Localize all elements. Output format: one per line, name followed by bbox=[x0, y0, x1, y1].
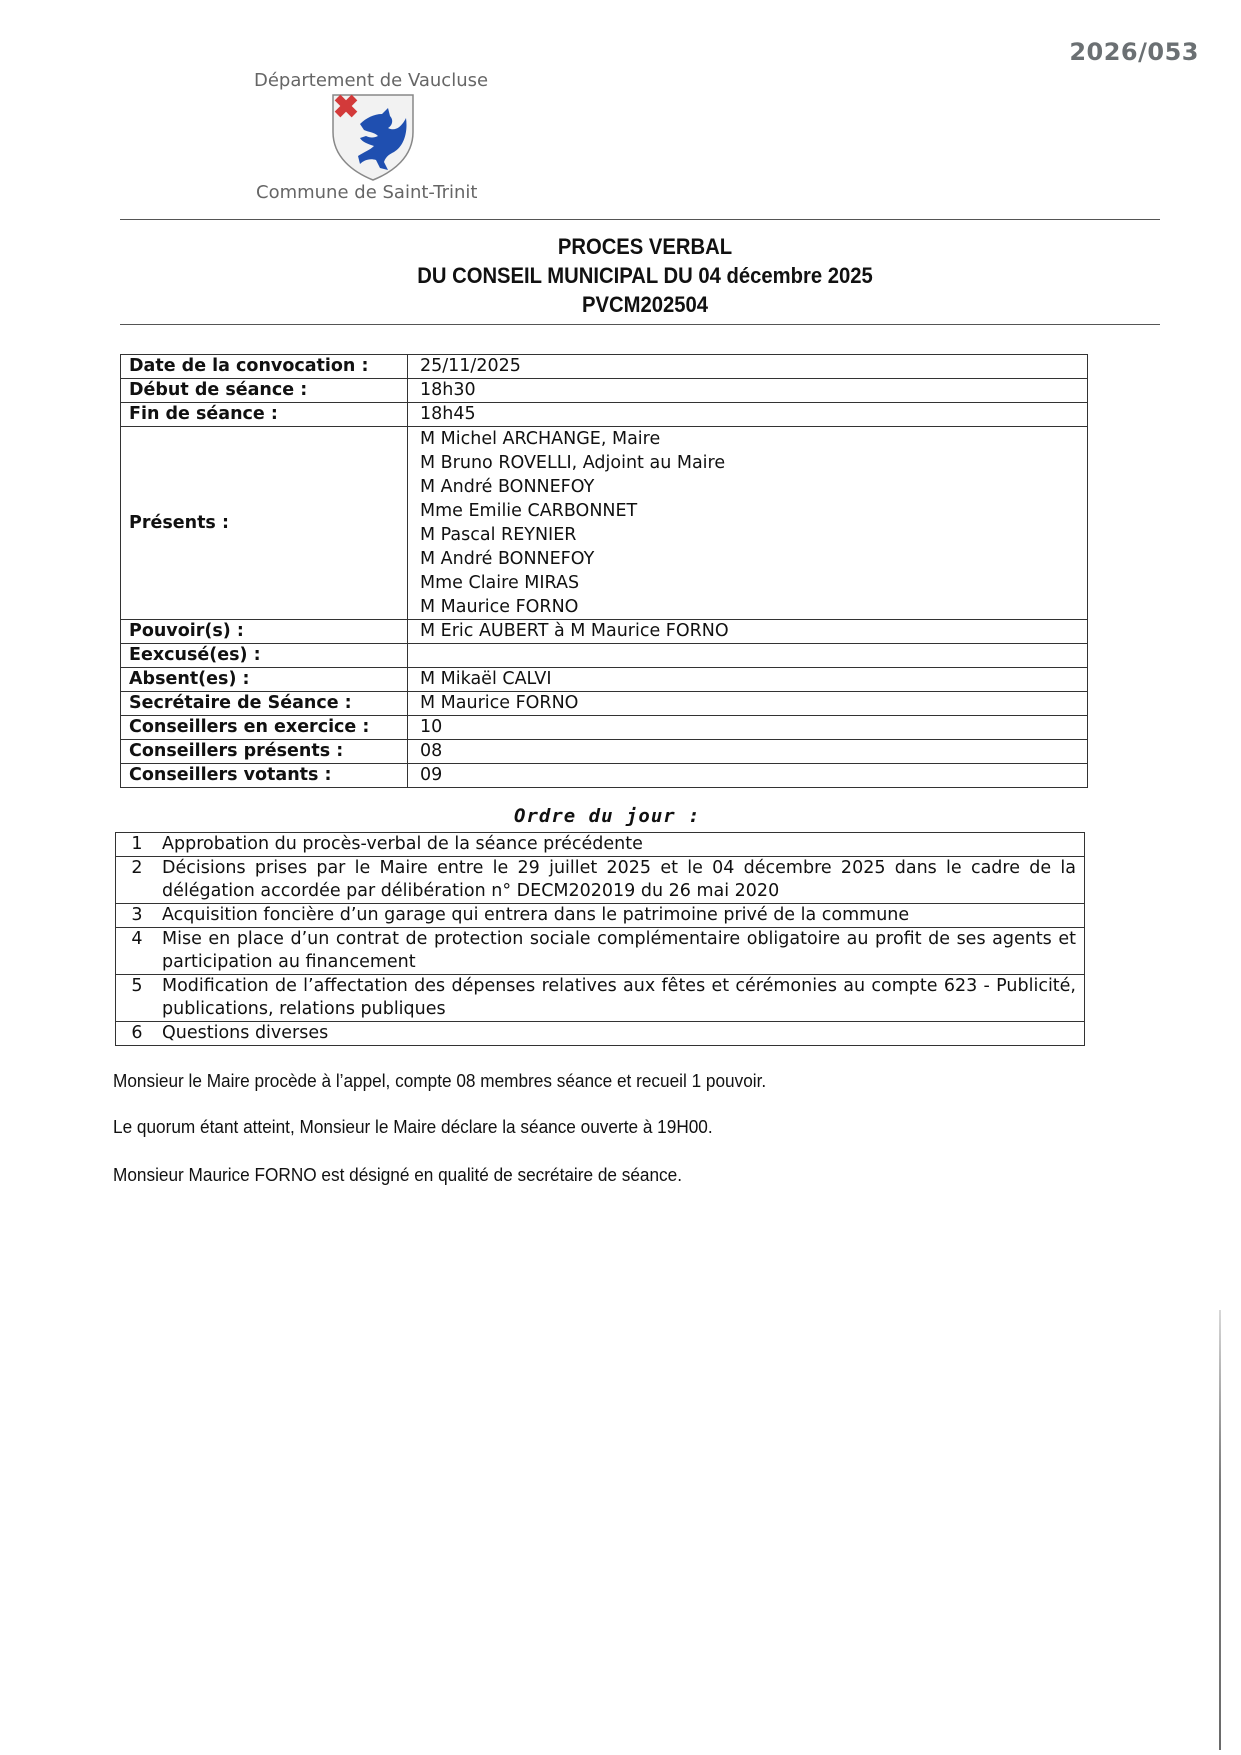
pouvoirs-label: Pouvoir(s) : bbox=[121, 620, 408, 644]
title-line-1: PROCES VERBAL bbox=[52, 232, 1239, 261]
fin-value: 18h45 bbox=[408, 403, 1088, 427]
presents-label: Présents : bbox=[121, 427, 408, 620]
agenda-item-text: Approbation du procès-verbal de la séanc… bbox=[154, 833, 1085, 857]
debut-value: 18h30 bbox=[408, 379, 1088, 403]
header-divider-top bbox=[120, 219, 1160, 220]
secretaire-value: M Maurice FORNO bbox=[408, 692, 1088, 716]
table-row: Conseillers votants : 09 bbox=[121, 764, 1088, 788]
absents-label: Absent(es) : bbox=[121, 668, 408, 692]
agenda-title: Ordre du jour : bbox=[514, 805, 701, 827]
table-row: Présents : M Michel ARCHANGE, Maire M Br… bbox=[121, 427, 1088, 620]
table-row: Conseillers présents : 08 bbox=[121, 740, 1088, 764]
commune-name: Commune de Saint-Trinit bbox=[256, 182, 477, 203]
session-info-table: Date de la convocation : 25/11/2025 Débu… bbox=[120, 354, 1088, 788]
agenda-item-number: 2 bbox=[116, 857, 155, 904]
agenda-item: 6 Questions diverses bbox=[116, 1022, 1085, 1046]
agenda-item-number: 6 bbox=[116, 1022, 155, 1046]
presents-count-value: 08 bbox=[408, 740, 1088, 764]
title-line-2: DU CONSEIL MUNICIPAL DU 04 décembre 2025 bbox=[52, 261, 1239, 290]
coat-of-arms-icon bbox=[330, 92, 416, 182]
present-member: M Michel ARCHANGE, Maire bbox=[420, 427, 1079, 451]
table-row: Eexcusé(es) : bbox=[121, 644, 1088, 668]
agenda-item: 3 Acquisition foncière d’un garage qui e… bbox=[116, 904, 1085, 928]
presents-count-label: Conseillers présents : bbox=[121, 740, 408, 764]
debut-label: Début de séance : bbox=[121, 379, 408, 403]
table-row: Secrétaire de Séance : M Maurice FORNO bbox=[121, 692, 1088, 716]
title-line-3: PVCM202504 bbox=[52, 290, 1239, 319]
fin-label: Fin de séance : bbox=[121, 403, 408, 427]
paragraph-secretary: Monsieur Maurice FORNO est désigné en qu… bbox=[113, 1164, 682, 1186]
table-row: Conseillers en exercice : 10 bbox=[121, 716, 1088, 740]
present-member: M Pascal REYNIER bbox=[420, 523, 1079, 547]
agenda-item-text: Mise en place d’un contrat de protection… bbox=[154, 928, 1085, 975]
table-row: Fin de séance : 18h45 bbox=[121, 403, 1088, 427]
agenda-item-text: Acquisition foncière d’un garage qui ent… bbox=[154, 904, 1085, 928]
agenda-item: 1 Approbation du procès-verbal de la séa… bbox=[116, 833, 1085, 857]
secretaire-label: Secrétaire de Séance : bbox=[121, 692, 408, 716]
present-member: M Maurice FORNO bbox=[420, 595, 1079, 619]
exercice-label: Conseillers en exercice : bbox=[121, 716, 408, 740]
agenda-item: 5 Modification de l’affectation des dépe… bbox=[116, 975, 1085, 1022]
paragraph-roll-call: Monsieur le Maire procède à l’appel, com… bbox=[113, 1070, 766, 1092]
agenda-item-number: 4 bbox=[116, 928, 155, 975]
agenda-item-text: Modification de l’affectation des dépens… bbox=[154, 975, 1085, 1022]
agenda-item-text: Questions diverses bbox=[154, 1022, 1085, 1046]
agenda-item-number: 1 bbox=[116, 833, 155, 857]
table-row: Absent(es) : M Mikaël CALVI bbox=[121, 668, 1088, 692]
agenda-item-text: Décisions prises par le Maire entre le 2… bbox=[154, 857, 1085, 904]
agenda-item-number: 3 bbox=[116, 904, 155, 928]
votants-label: Conseillers votants : bbox=[121, 764, 408, 788]
excuses-value bbox=[408, 644, 1088, 668]
agenda-item-number: 5 bbox=[116, 975, 155, 1022]
agenda-item: 4 Mise en place d’un contrat de protecti… bbox=[116, 928, 1085, 975]
reference-number: 2026/053 bbox=[1069, 38, 1199, 66]
convocation-value: 25/11/2025 bbox=[408, 355, 1088, 379]
present-member: M Bruno ROVELLI, Adjoint au Maire bbox=[420, 451, 1079, 475]
present-member: Mme Claire MIRAS bbox=[420, 571, 1079, 595]
header-divider-bottom bbox=[120, 324, 1160, 325]
present-member: M André BONNEFOY bbox=[420, 547, 1079, 571]
table-row: Début de séance : 18h30 bbox=[121, 379, 1088, 403]
paragraph-quorum: Le quorum étant atteint, Monsieur le Mai… bbox=[113, 1116, 713, 1138]
pouvoirs-value: M Eric AUBERT à M Maurice FORNO bbox=[408, 620, 1088, 644]
present-member: M André BONNEFOY bbox=[420, 475, 1079, 499]
presents-list: M Michel ARCHANGE, Maire M Bruno ROVELLI… bbox=[408, 427, 1088, 620]
department-name: Département de Vaucluse bbox=[254, 70, 488, 91]
exercice-value: 10 bbox=[408, 716, 1088, 740]
votants-value: 09 bbox=[408, 764, 1088, 788]
table-row: Date de la convocation : 25/11/2025 bbox=[121, 355, 1088, 379]
document-title: PROCES VERBAL DU CONSEIL MUNICIPAL DU 04… bbox=[52, 232, 1239, 319]
convocation-label: Date de la convocation : bbox=[121, 355, 408, 379]
present-member: Mme Emilie CARBONNET bbox=[420, 499, 1079, 523]
absents-value: M Mikaël CALVI bbox=[408, 668, 1088, 692]
table-row: Pouvoir(s) : M Eric AUBERT à M Maurice F… bbox=[121, 620, 1088, 644]
agenda-item: 2 Décisions prises par le Maire entre le… bbox=[116, 857, 1085, 904]
agenda-table: 1 Approbation du procès-verbal de la séa… bbox=[115, 832, 1085, 1046]
scan-edge-line bbox=[1219, 1310, 1221, 1750]
excuses-label: Eexcusé(es) : bbox=[121, 644, 408, 668]
